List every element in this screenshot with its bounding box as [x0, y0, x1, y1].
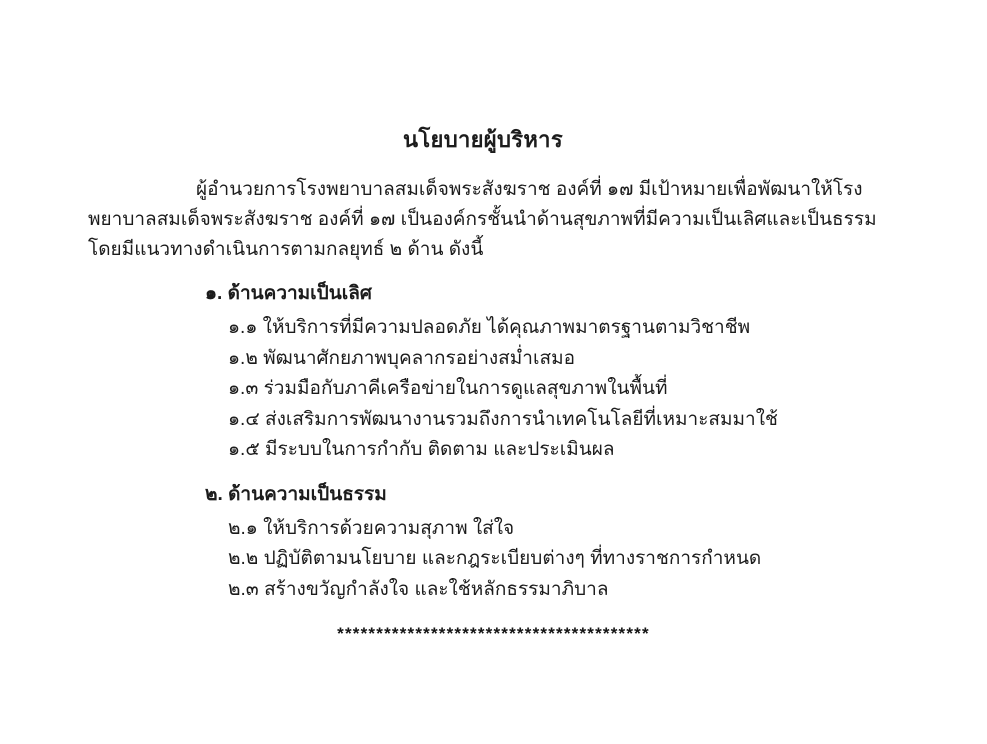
list-item: ๑.๕ มีระบบในการกำกับ ติดตาม และประเมินผล [228, 435, 878, 466]
list-item: ๒.๓ สร้างขวัญกำลังใจ และใช้หลักธรรมาภิบา… [228, 575, 878, 606]
list-item: ๑.๓ ร่วมมือกับภาคีเครือข่ายในการดูแลสุขภ… [228, 374, 878, 405]
list-item: ๑.๔ ส่งเสริมการพัฒนางานรวมถึงการนำเทคโนโ… [228, 405, 878, 436]
section-excellence: ๑. ด้านความเป็นเลิศ ๑.๑ ให้บริการที่มีคว… [88, 279, 878, 466]
list-item: ๑.๒ พัฒนาศักยภาพบุคลากรอย่างสม่ำเสมอ [228, 344, 878, 375]
document-page: นโยบายผู้บริหาร ผู้อำนวยการโรงพยาบาลสมเด… [0, 0, 987, 744]
document-content: นโยบายผู้บริหาร ผู้อำนวยการโรงพยาบาลสมเด… [88, 0, 878, 605]
section-fairness-heading: ๒. ด้านความเป็นธรรม [205, 480, 878, 510]
asterisk-separator: **************************************** [0, 624, 987, 644]
list-item: ๑.๑ ให้บริการที่มีความปลอดภัย ได้คุณภาพม… [228, 313, 878, 344]
page-title: นโยบายผู้บริหาร [88, 122, 878, 157]
intro-paragraph: ผู้อำนวยการโรงพยาบาลสมเด็จพระสังฆราช องค… [88, 175, 878, 265]
section-excellence-items: ๑.๑ ให้บริการที่มีความปลอดภัย ได้คุณภาพม… [88, 313, 878, 466]
section-fairness: ๒. ด้านความเป็นธรรม ๒.๑ ให้บริการด้วยควา… [88, 480, 878, 606]
list-item: ๒.๒ ปฏิบัติตามนโยบาย และกฎระเบียบต่างๆ ท… [228, 544, 878, 575]
list-item: ๒.๑ ให้บริการด้วยความสุภาพ ใส่ใจ [228, 514, 878, 545]
section-fairness-items: ๒.๑ ให้บริการด้วยความสุภาพ ใส่ใจ ๒.๒ ปฏิ… [88, 514, 878, 606]
section-excellence-heading: ๑. ด้านความเป็นเลิศ [205, 279, 878, 309]
